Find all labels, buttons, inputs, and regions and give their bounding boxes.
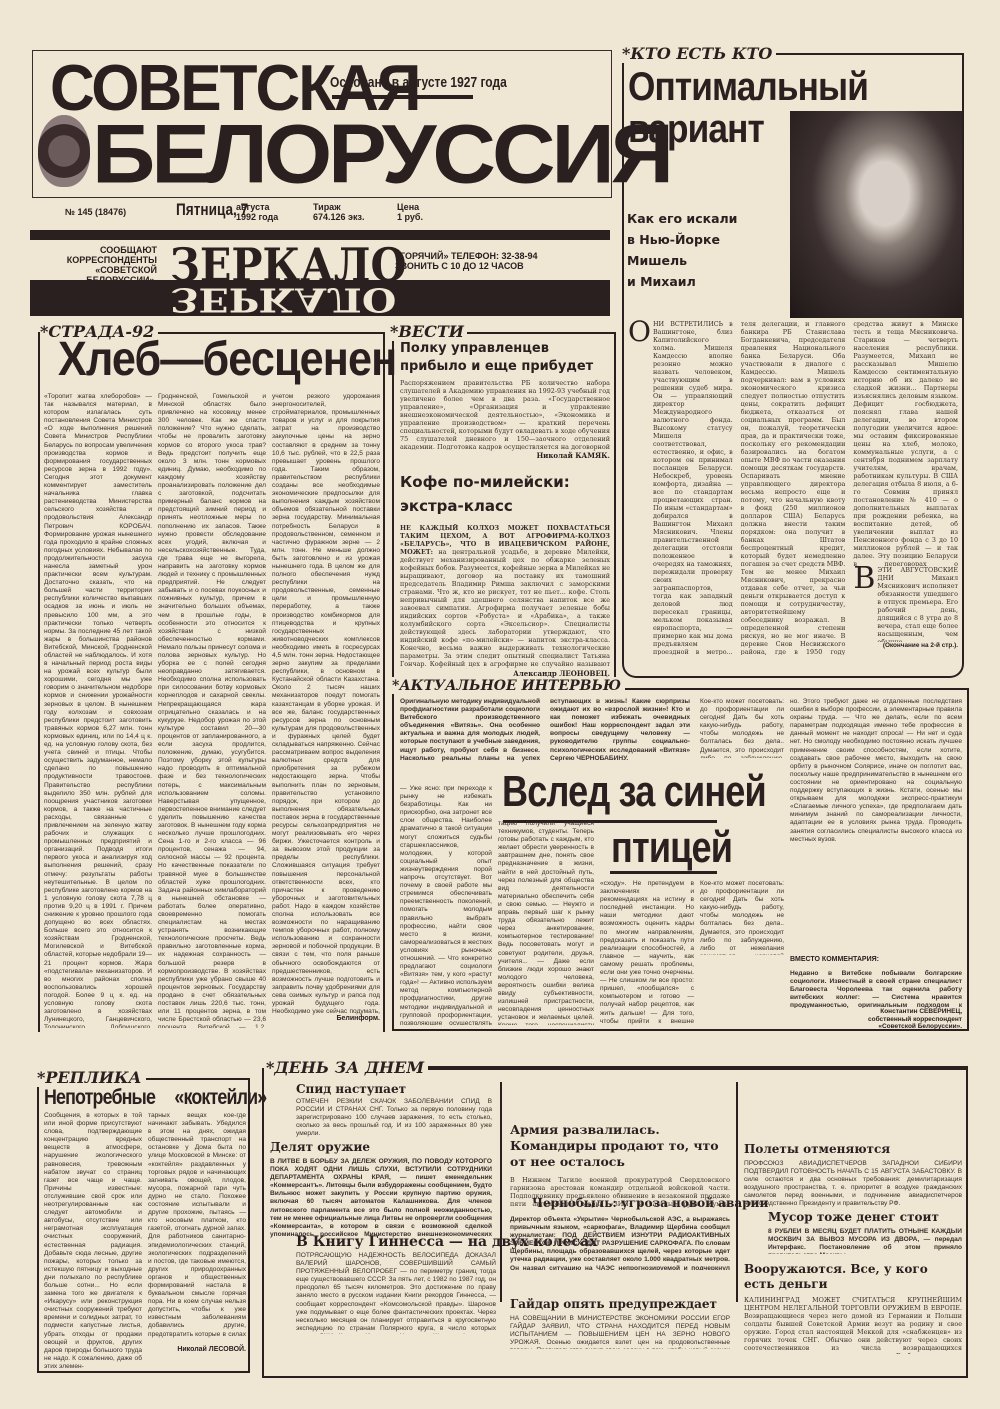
interview-signature: Константин СЕВЕРИНЕЦ, собственный коррес… [800, 1008, 962, 1031]
article-text: ЭТИ АВГУСТОВСКИЕ ДНИ Михаил Мясникович и… [877, 566, 958, 642]
article-column: О НИ ВСТРЕТИЛИСЬ в Вашингтоне, близ Капи… [628, 320, 733, 655]
news-item: Мусор тоже денег стоит 8 РУБЛЕЙ В МЕСЯЦ … [768, 1210, 962, 1254]
newspaper-title-line2: БЕЛОРУССИЯ [92, 112, 670, 196]
news-body: 8 РУБЛЕЙ В МЕСЯЦ БУДЕТ ПЛАТИТЬ ОТНЫНЕ КА… [768, 1228, 962, 1254]
rubric-line [400, 1066, 968, 1070]
mirror-title-reflection: ЗЕРКАЛО [170, 289, 396, 316]
dropcap: О [628, 320, 651, 344]
signature: Николай ЛЕСОВОЙ. [148, 1346, 246, 1353]
news-headline: Полеты отменяются [744, 1142, 962, 1156]
rubric-line [450, 332, 616, 334]
headline-blue-bird-2: птицей [611, 826, 732, 870]
headline-underline [610, 871, 717, 874]
news-body: ПОТРЯСАЮЩУЮ НАДЕЖНОСТЬ ВЕЛОСИПЕДА ДОКАЗА… [296, 1252, 496, 1334]
article-column: но. Этого требуют даже не отдаленные пос… [790, 698, 962, 863]
article-column: средства живут в Минске тесть и теща Мяс… [853, 320, 958, 655]
article-column: «сходу». Не претендуем в заключениях и р… [600, 880, 694, 1025]
subheadline-line: и Михаил [627, 271, 737, 292]
price: Цена 1 руб. [397, 203, 423, 223]
news-headline: Гайдар опять предупреждает [510, 1297, 730, 1311]
news-item: Полеты отменяются ПРОФСОЮЗ АВИАДИСПЕТЧЕР… [744, 1142, 962, 1208]
issue-month-year: августа 1992 года [236, 203, 278, 223]
news-body: Распоряжением правительства РБ количеств… [400, 379, 610, 451]
news-body: В ЛИТВЕ В БОРЬБУ ЗА ДЕЛЕЖ ОРУЖИЯ, ПО ПОВ… [270, 1158, 492, 1238]
news-headline: Мусор тоже денег стоит [768, 1210, 962, 1224]
strada-body: «Торопит жатва хлеборобов» — так называл… [44, 393, 380, 1028]
article-column: тацию получили учащиеся техникумов, студ… [498, 820, 594, 1025]
hotline: «ГОРЯЧИЙ» ТЕЛЕФОН: 32-38-94 ЗВОНИТЬ С 10… [395, 252, 538, 272]
news-headline: В Книгу Гиннесса — на двух колесах [296, 1234, 496, 1250]
portrait-photo-icon [790, 111, 962, 318]
founded-note: Основана в августе 1927 года [330, 74, 507, 91]
rubric-who-is-who: *КТО ЕСТЬ КТО [622, 44, 776, 63]
vesti-item: Кофе по-милейски: экстра-класс НЕ КАЖДЫЙ… [400, 470, 610, 678]
rubric-vesti: *ВЕСТИ [390, 322, 467, 341]
rubric-replika: *РЕПЛИКА [37, 1068, 146, 1087]
comment-heading: ВМЕСТО КОММЕНТАРИЯ: [790, 956, 879, 964]
signature: Александр ЛЕОНОВЕЦ. [400, 669, 610, 678]
replika-body: Сообщения, в которых в той или иной форм… [44, 1112, 246, 1370]
news-body: ПРОФСОЮЗ АВИАДИСПЕТЧЕРОВ ЗАПАДНОЙ СИБИРИ… [744, 1160, 962, 1208]
vesti-item: Полку управленцев прибыло и еще прибудет… [400, 340, 610, 460]
signature-line: собственный корреспондент [800, 1016, 962, 1024]
article-column: — Уже ясно: при переходе к рынку не избе… [400, 785, 492, 1025]
news-body: КАЛИНИНГРАД МОЖЕТ СЧИТАТЬСЯ КРУПНЕЙШИМ Ц… [744, 1296, 962, 1354]
rubric-interview: *АКТУАЛЬНОЕ ИНТЕРВЬЮ [392, 678, 625, 694]
circulation-value: 674.126 экз. [313, 213, 364, 223]
headline-line: Оптимальный [628, 66, 868, 108]
hotline-hours: ЗВОНИТЬ С 10 ДО 12 ЧАСОВ [395, 262, 538, 272]
headline-bread: Хлеб—бесценен [58, 336, 396, 384]
article-column: Кое-кто может посетовать: до профориента… [700, 698, 784, 758]
continued-note: (Окончание на 2-й стр.). [853, 642, 958, 649]
news-headline: Чернобыль: угроза новой аварии [510, 1196, 730, 1210]
article-text: НИ ВСТРЕТИЛИСЬ в Вашингтоне, близ Капито… [653, 320, 733, 655]
article-text: тарных вещах кое-где начинают забывать. … [148, 1112, 246, 1338]
news-headline: Спид наступает [296, 1082, 492, 1096]
rubric-line [570, 688, 969, 690]
news-headline: Кофе по-милейски: экстра-класс [400, 470, 610, 518]
news-body: Директор объекта «Укрытие» Чернобыльской… [510, 1216, 730, 1270]
subheadline-how-found: Как его искали в Нью-Йорке Мишель и Миха… [627, 208, 737, 292]
news-item: Спид наступает ОТМЕЧЕН РЕЗКИЙ СКАЧОК ЗАБ… [296, 1082, 492, 1138]
signature: Николай КАМЯК. [400, 451, 610, 460]
news-item: Делят оружие В ЛИТВЕ В БОРЬБУ ЗА ДЕЛЕЖ О… [270, 1140, 492, 1238]
news-headline: Вооружаются. Все, у кого есть деньги [744, 1262, 962, 1292]
news-item: Чернобыль: угроза новой аварии Директор … [510, 1196, 730, 1270]
news-body: на центральной усадьбе, в деревне Милейк… [400, 548, 610, 669]
news-item: Вооружаются. Все, у кого есть деньги КАЛ… [744, 1262, 962, 1354]
issue-number: № 145 (18476) [65, 208, 126, 218]
headline-blue-bird-1: Вслед за синей [502, 770, 766, 814]
price-value: 1 руб. [397, 213, 423, 223]
news-item: Гайдар опять предупреждает НА СОВЕЩАНИИ … [510, 1297, 730, 1349]
issue-year: 1992 года [236, 213, 278, 223]
news-body: НА СОВЕЩАНИИ В МИНИСТЕРСТВЕ ЭКОНОМИКИ РО… [510, 1315, 730, 1349]
article-text: учетом резкого удорожания энергоносителе… [272, 393, 380, 1015]
article-column: учетом резкого удорожания энергоносителе… [272, 393, 380, 1028]
column-divider [736, 1082, 738, 1302]
sources-line: СООБЩАЮТ КОРРЕСПОНДЕНТЫ [42, 246, 157, 266]
news-headline: Армия развалилась. Командиры продают то,… [510, 1122, 730, 1170]
article-column-continued: Кое-кто может посетовать: до профориента… [700, 880, 784, 955]
news-headline: Полку управленцев прибыло и еще прибудет [400, 340, 610, 376]
signature-line: Константин СЕВЕРИНЕЦ, [800, 1008, 962, 1016]
subheadline-line: Мишель [627, 250, 737, 271]
news-headline: Делят оружие [270, 1140, 492, 1154]
article-column: «Торопит жатва хлеборобов» — так называл… [44, 393, 152, 1028]
order-emblem-icon [38, 115, 90, 187]
news-item: В Книгу Гиннесса — на двух колесах ПОТРЯ… [296, 1234, 496, 1334]
news-body: ОТМЕЧЕН РЕЗКИЙ СКАЧОК ЗАБОЛЕВАНИЙ СПИД В… [296, 1098, 492, 1138]
founded-underline [332, 95, 473, 99]
column-divider [500, 1082, 502, 1302]
who-is-who-body: О НИ ВСТРЕТИЛИСЬ в Вашингтоне, близ Капи… [628, 320, 958, 655]
subheadline-line: Как его искали [627, 208, 737, 229]
article-column: Гродненской, Гомельской и Минской област… [158, 393, 266, 1028]
circulation: Тираж 674.126 экз. [313, 203, 364, 223]
headline-cocktails: Непотребные «коктейли» [44, 1086, 266, 1110]
dropcap: В [853, 566, 875, 592]
article-column: тарных вещах кое-где начинают забывать. … [148, 1112, 246, 1370]
signature-line: «Советской Белоруссии». [800, 1023, 962, 1031]
article-text: средства живут в Минске тесть и теща Мяс… [853, 320, 958, 566]
article-column: теля делегации, и главного банкира РБ Ст… [741, 320, 846, 655]
rubric-day-by-day: *ДЕНЬ ЗА ДНЕМ [266, 1058, 428, 1077]
article-column: Сообщения, в которых в той или иной форм… [44, 1112, 142, 1370]
subheadline-line: в Нью-Йорке [627, 229, 737, 250]
comment-text: Недавно в Витебске побывали болгарские с… [790, 970, 962, 1008]
signature: Белинформ. [272, 1015, 380, 1022]
interview-intro: Оригинальную методику индивидуальной про… [400, 698, 690, 776]
